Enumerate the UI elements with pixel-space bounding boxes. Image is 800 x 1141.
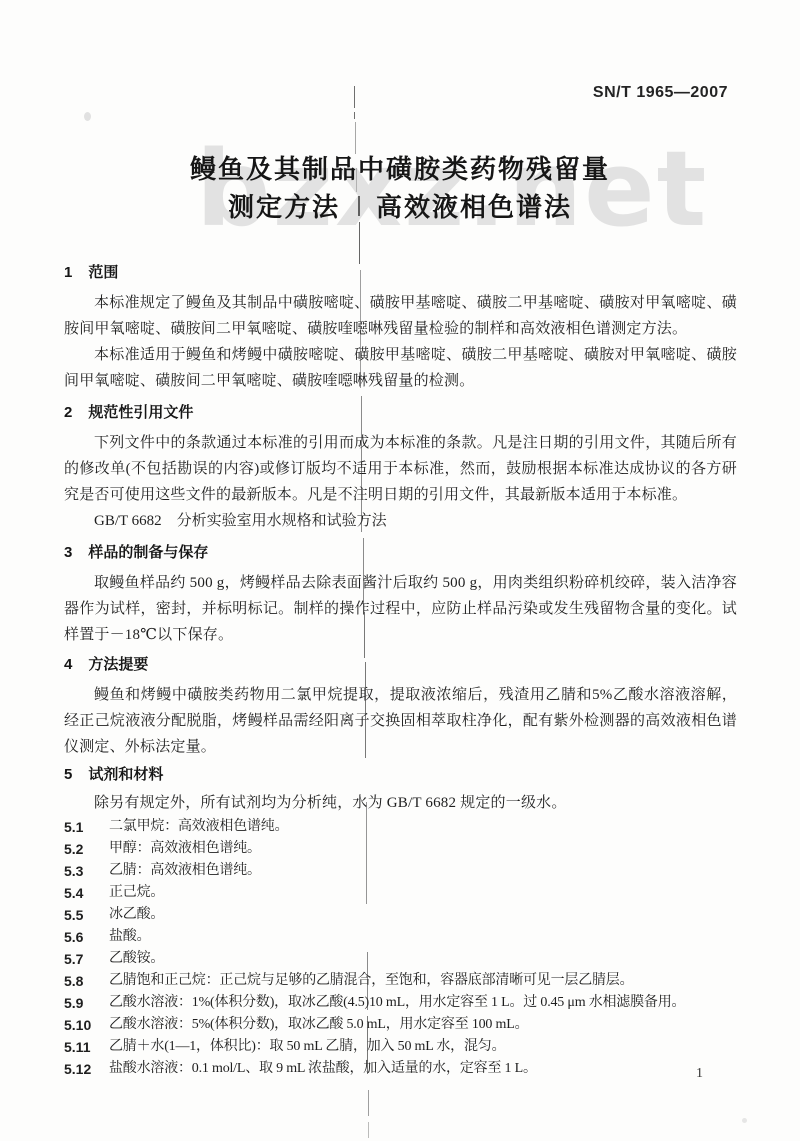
reagent-item: 5.4 正己烷。 — [64, 882, 737, 904]
fold-line-segment — [361, 396, 362, 532]
fold-line-segment — [366, 802, 367, 904]
fold-line-segment — [363, 538, 364, 604]
section-number: 5 — [64, 762, 72, 788]
clause-number: 5.4 — [64, 882, 94, 904]
title-line-2-method: 测定方法 — [228, 188, 340, 226]
section-number: 1 — [64, 260, 72, 286]
clause-text: 乙酸铵。 — [109, 948, 164, 970]
section-title: 试剂和材料 — [88, 762, 163, 788]
fold-line-segment — [368, 1122, 369, 1138]
scan-speck — [84, 112, 91, 121]
fold-line-segment — [368, 1090, 369, 1116]
clause-number: 5.6 — [64, 926, 94, 948]
fold-line-segment — [356, 168, 357, 192]
reagent-item: 5.11 乙腈＋水(1—1，体积比)：取 50 mL 乙腈，加入 50 mL 水… — [64, 1036, 737, 1058]
fold-line-segment — [365, 662, 366, 758]
section-heading-method-summary: 4 方法提要 — [64, 652, 737, 678]
fold-line-segment — [354, 86, 355, 108]
title-line-2: 测定方法 高效液相色谱法 — [0, 188, 800, 226]
normative-reference-entry: GB/T 6682 分析实验室用水规格和试验方法 — [64, 508, 737, 534]
paragraph: 取鳗鱼样品约 500 g，烤鳗样品去除表面酱汁后取约 500 g，用肉类组织粉碎… — [64, 570, 737, 648]
section-heading-reagents-materials: 5 试剂和材料 — [64, 762, 737, 788]
section-title: 范围 — [88, 260, 118, 286]
document-body: 1 范围 本标准规定了鳗鱼及其制品中磺胺嘧啶、磺胺甲基嘧啶、磺胺二甲基嘧啶、磺胺… — [64, 256, 737, 1080]
fold-line-segment — [354, 112, 355, 119]
clause-number: 5.12 — [64, 1058, 94, 1080]
clause-number: 5.7 — [64, 948, 94, 970]
reagent-item: 5.9 乙酸水溶液：1%(体积分数)，取冰乙酸(4.5)10 mL，用水定容至 … — [64, 992, 737, 1014]
clause-text: 冰乙酸。 — [109, 904, 164, 926]
paragraph: 下列文件中的条款通过本标准的引用而成为本标准的条款。凡是注日期的引用文件，其随后… — [64, 430, 737, 508]
clause-number: 5.5 — [64, 904, 94, 926]
reagent-item: 5.7 乙酸铵。 — [64, 948, 737, 970]
section-heading-sample-preparation: 3 样品的制备与保存 — [64, 540, 737, 566]
clause-text: 乙酸水溶液：5%(体积分数)，取冰乙酸 5.0 mL，用水定容至 100 mL。 — [109, 1014, 528, 1036]
title-line-1: 鳗鱼及其制品中磺胺类药物残留量 — [0, 150, 800, 188]
reagent-item: 5.12 盐酸水溶液：0.1 mol/L、取 9 mL 浓盐酸，加入适量的水，定… — [64, 1058, 737, 1080]
scan-speck — [742, 1118, 747, 1123]
scanned-document-page: SN/T 1965—2007 bzxz.net 鳗鱼及其制品中磺胺类药物残留量 … — [0, 0, 800, 1141]
clause-text: 乙腈＋水(1—1，体积比)：取 50 mL 乙腈，加入 50 mL 水，混匀。 — [109, 1036, 505, 1058]
document-title: 鳗鱼及其制品中磺胺类药物残留量 测定方法 高效液相色谱法 — [0, 150, 800, 226]
clause-number: 5.2 — [64, 838, 94, 860]
section-heading-scope: 1 范围 — [64, 260, 737, 286]
clause-number: 5.8 — [64, 970, 94, 992]
reagent-item: 5.2 甲醇：高效液相色谱纯。 — [64, 838, 737, 860]
section-title: 规范性引用文件 — [88, 400, 193, 426]
standard-number: SN/T 1965—2007 — [593, 84, 728, 102]
reagent-item: 5.1 二氯甲烷：高效液相色谱纯。 — [64, 816, 737, 838]
fold-line-segment — [359, 222, 360, 264]
fold-line-segment — [367, 952, 368, 1010]
clause-text: 甲醇：高效液相色谱纯。 — [109, 838, 261, 860]
clause-number: 5.9 — [64, 992, 94, 1014]
paragraph: 除另有规定外，所有试剂均为分析纯，水为 GB/T 6682 规定的一级水。 — [64, 790, 737, 816]
clause-text: 正己烷。 — [109, 882, 164, 904]
reagent-list: 5.1 二氯甲烷：高效液相色谱纯。 5.2 甲醇：高效液相色谱纯。 5.3 乙腈… — [64, 816, 737, 1080]
section-title: 方法提要 — [88, 652, 148, 678]
section-number: 4 — [64, 652, 72, 678]
section-title: 样品的制备与保存 — [88, 540, 208, 566]
section-number: 2 — [64, 400, 72, 426]
paragraph: 本标准适用于鳗鱼和烤鳗中磺胺嘧啶、磺胺甲基嘧啶、磺胺二甲基嘧啶、磺胺对甲氧嘧啶、… — [64, 342, 737, 394]
clause-number: 5.1 — [64, 816, 94, 838]
title-line-2-hplc: 高效液相色谱法 — [376, 188, 572, 226]
clause-number: 5.10 — [64, 1014, 94, 1036]
fold-line-segment — [364, 612, 365, 658]
clause-text: 乙腈：高效液相色谱纯。 — [109, 860, 261, 882]
fold-line-segment — [355, 122, 356, 154]
clause-text: 乙腈饱和正己烷：正己烷与足够的乙腈混合，至饱和，容器底部清晰可见一层乙腈层。 — [109, 970, 633, 992]
fold-line-segment — [358, 196, 360, 216]
paragraph: 鳗鱼和烤鳗中磺胺类药物用二氯甲烷提取，提取液浓缩后，残渣用乙腈和5%乙酸水溶液溶… — [64, 682, 737, 760]
reagent-item: 5.6 盐酸。 — [64, 926, 737, 948]
clause-text: 盐酸。 — [109, 926, 150, 948]
clause-text: 乙酸水溶液：1%(体积分数)，取冰乙酸(4.5)10 mL，用水定容至 1 L。… — [109, 992, 685, 1014]
paragraph: 本标准规定了鳗鱼及其制品中磺胺嘧啶、磺胺甲基嘧啶、磺胺二甲基嘧啶、磺胺对甲氧嘧啶… — [64, 290, 737, 342]
clause-number: 5.3 — [64, 860, 94, 882]
reagent-item: 5.3 乙腈：高效液相色谱纯。 — [64, 860, 737, 882]
section-number: 3 — [64, 540, 72, 566]
reagent-item: 5.8 乙腈饱和正己烷：正己烷与足够的乙腈混合，至饱和，容器底部清晰可见一层乙腈… — [64, 970, 737, 992]
reagent-item: 5.10 乙酸水溶液：5%(体积分数)，取冰乙酸 5.0 mL，用水定容至 10… — [64, 1014, 737, 1036]
section-heading-normative-references: 2 规范性引用文件 — [64, 400, 737, 426]
clause-text: 二氯甲烷：高效液相色谱纯。 — [109, 816, 288, 838]
fold-line-segment — [360, 270, 361, 388]
clause-text: 盐酸水溶液：0.1 mol/L、取 9 mL 浓盐酸，加入适量的水，定容至 1 … — [109, 1058, 537, 1080]
reagent-item: 5.5 冰乙酸。 — [64, 904, 737, 926]
clause-number: 5.11 — [64, 1036, 94, 1058]
fold-line-segment — [367, 1016, 368, 1074]
